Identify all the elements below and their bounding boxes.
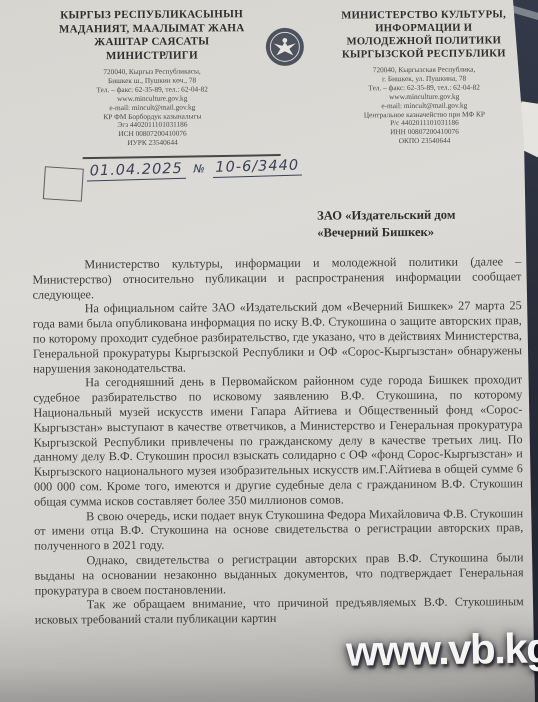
ministry-title-russian: МИНИСТЕРСТВО КУЛЬТУРЫ, ИНФОРМАЦИИ И МОЛО… [330,8,518,61]
body-paragraph: Однако, свидетельства о регистрации авто… [34,550,523,598]
body-paragraph: В свою очередь, иски подает внук Стукоши… [34,506,523,554]
addressee-line: «Вечерний Бишкек» [317,223,532,241]
outgoing-date: 01.04.2025 [87,161,186,182]
title-line: МАДАНИЯТ, МААЛЫМАТ ЖАНА [26,21,278,36]
title-line: МОЛОДЕЖНОЙ ПОЛИТИКИ [330,34,518,48]
photo-background: КЫРГЫЗ РЕСПУБЛИКАСЫНЫН МАДАНИЯТ, МААЛЫМА… [0,0,538,702]
site-watermark: www.vb.kg [346,624,538,676]
title-line: МИНИСТРЛИГИ [26,48,278,63]
title-line: ИНФОРМАЦИИ И [330,21,518,35]
contact-block-russian: 720040, Кыргызская Республика, г. Бишкек… [330,65,519,146]
body-paragraph: На сегодняшний день в Первомайском район… [33,373,523,510]
contact-line: ОКПО 23540644 [331,137,519,147]
letter-paper: КЫРГЫЗ РЕСПУБЛИКАСЫНЫН МАДАНИЯТ, МААЛЫМА… [0,0,538,702]
contact-block-kyrgyz: 720040, Кыргыз Республикасы, Бишкек ш., … [26,67,279,149]
body-paragraph: На официальном сайте ЗАО «Издательский д… [33,299,523,376]
addressee-block: ЗАО «Издательский дом «Вечерний Бишкек» [317,206,532,241]
ministry-title-kyrgyz: КЫРГЫЗ РЕСПУБЛИКАСЫНЫН МАДАНИЯТ, МААЛЫМА… [26,8,278,64]
number-sign: № [191,162,207,175]
letterhead-kyrgyz: КЫРГЫЗ РЕСПУБЛИКАСЫНЫН МАДАНИЯТ, МААЛЫМА… [26,8,279,149]
body-paragraph: Министерство культуры, информации и моло… [32,254,521,302]
kyrgyz-state-emblem-icon [265,27,305,67]
addressee-line: ЗАО «Издательский дом [317,206,532,224]
letterhead-russian: МИНИСТЕРСТВО КУЛЬТУРЫ, ИНФОРМАЦИИ И МОЛО… [330,8,519,146]
hand-drawn-stamp-box [43,166,84,201]
title-line: КЫРГЫЗСКОЙ РЕСПУБЛИКИ [330,47,518,61]
letter-body: Министерство культуры, информации и моло… [32,254,524,627]
outgoing-reference: 01.04.2025 № 10-6/3440 [87,158,303,180]
contact-line: ИУРК 23540644 [27,138,279,149]
title-line: КЫРГЫЗ РЕСПУБЛИКАСЫНЫН [26,8,278,23]
letter-content: КЫРГЫЗ РЕСПУБЛИКАСЫНЫН МАДАНИЯТ, МААЛЫМА… [0,0,538,702]
outgoing-number: 10-6/3440 [212,158,302,178]
body-paragraph: Так же обращаем внимание, что причиной п… [35,595,524,628]
title-line: МИНИСТЕРСТВО КУЛЬТУРЫ, [330,8,518,22]
